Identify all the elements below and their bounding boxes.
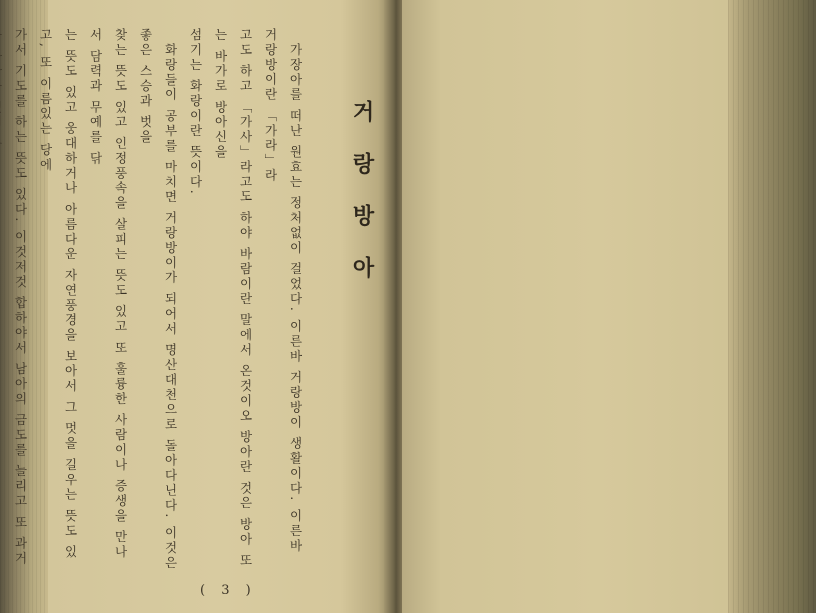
chapter-title: 거랑방아 [338,100,378,308]
text-column: 화랑들이 공부를 마치면 거랑방이가 되어서 명산대천으로 돌아다닌다. 이것은… [133,28,183,573]
text-column: 고도 하고 「가사」라고도 하야 바람이란 말에서 온것이오 방아란 것은 방아… [208,28,258,573]
page-number: ( 3 ) [200,583,257,598]
text-column: 가장아를 떠난 원효는 정처없이 걸었다. 이른바 거랑방이 생활이다. 이른바… [258,28,308,573]
text-column: 찾는 뜻도 있고 인정풍속을 살피는 뜻도 있고 또 훌륭한 사람이나 증생을 … [83,28,133,573]
body-text: 가장아를 떠난 원효는 정처없이 걸었다. 이른바 거랑방이 생활이다. 이른바… [58,28,308,573]
right-page-blank [402,0,728,613]
open-book: 거랑방아 가장아를 떠난 원효는 정처없이 걸었다. 이른바 거랑방이 생활이다… [0,0,816,613]
right-page-edges [728,0,816,613]
text-column: 는 뜻도 있고 웅대하거나 아름다운 자연풍경을 보아서 그 멋을 길우는 뜻도… [33,28,83,573]
text-column: 가서 기도를 하는 뜻도 있다. 이것저것 합하야서 남아의 금도를 늘리고 또… [0,28,33,573]
text-column: 섬기는 화랑이란 뜻이다. [183,28,208,573]
